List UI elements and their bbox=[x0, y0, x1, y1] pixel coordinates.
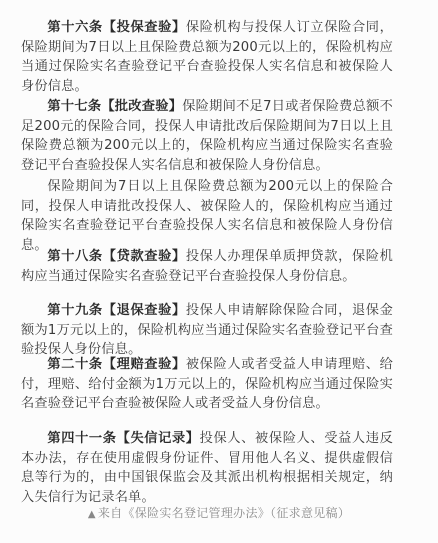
article-heading: 第十八条【贷款查验】 bbox=[47, 249, 185, 264]
article-heading: 第二十条【理赔查验】 bbox=[47, 357, 185, 372]
article-20: 第二十条【理赔查验】被保险人或者受益人申请理赔、给付，理赔、给付金额为1万元以上… bbox=[21, 355, 393, 414]
image-caption: ▲来自《保险实名登记管理办法》（征求意见稿） bbox=[0, 504, 438, 521]
article-17-paragraph-2: 保险期间为7日以上且保险费总额为200元以上的保险合同，投保人申请批改投保人、被… bbox=[21, 177, 393, 255]
article-16: 第十六条【投保查验】保险机构与投保人订立保险合同，保险期间为7日以上且保险费总额… bbox=[21, 18, 393, 96]
article-body: 保险期间为7日以上且保险费总额为200元以上的保险合同，投保人申请批改投保人、被… bbox=[21, 179, 393, 253]
article-19: 第十九条【退保查验】投保人申请解除保险合同，退保金额为1万元以上的，保险机构应当… bbox=[21, 301, 393, 360]
article-heading: 第十九条【退保查验】 bbox=[47, 303, 185, 318]
document-page: 第十六条【投保查验】保险机构与投保人订立保险合同，保险期间为7日以上且保险费总额… bbox=[0, 0, 438, 543]
article-heading: 第十七条【批改查验】 bbox=[47, 99, 182, 114]
caption-text: 来自《保险实名登记管理办法》（征求意见稿） bbox=[98, 506, 350, 520]
article-18: 第十八条【贷款查验】投保人办理保单质押贷款，保险机构应当通过保险实名查验登记平台… bbox=[21, 247, 393, 286]
triangle-up-icon: ▲ bbox=[88, 509, 96, 520]
article-17: 第十七条【批改查验】保险期间不足7日或者保险费总额不足200元的保险合同，投保人… bbox=[21, 97, 393, 175]
article-heading: 第四十一条【失信记录】 bbox=[47, 431, 199, 446]
article-heading: 第十六条【投保查验】 bbox=[47, 20, 185, 35]
article-41: 第四十一条【失信记录】投保人、被保险人、受益人违反本办法，存在使用虚假身份证件、… bbox=[21, 429, 393, 507]
